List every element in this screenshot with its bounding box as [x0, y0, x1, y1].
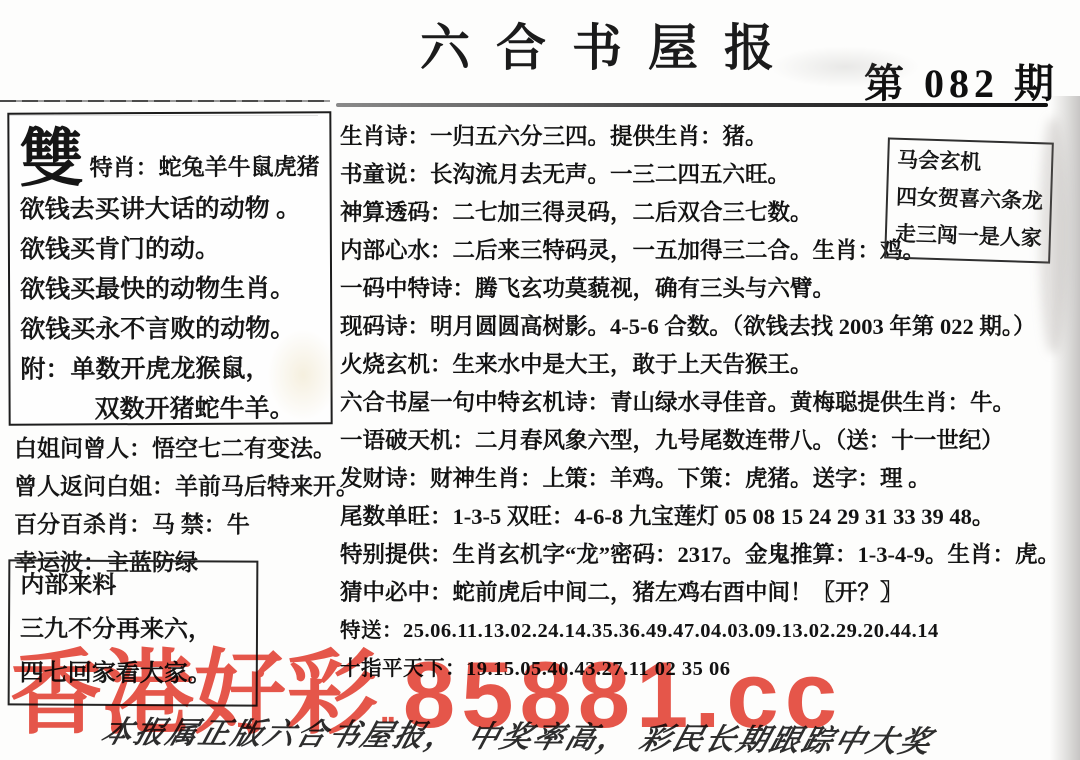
tip-line: 欲钱买最快的动物生肖。 — [20, 269, 322, 310]
mystery-box-line: 走三闯一是人家 — [894, 216, 1041, 258]
jockey-club-mystery-box: 马会玄机 四女贺喜六条龙 走三闯一是人家 — [884, 137, 1054, 263]
header-rule-left — [0, 100, 330, 102]
special-zodiac-line: 特肖：蛇兔羊牛鼠虎猪 — [89, 148, 319, 190]
mystery-box-line: 四女贺喜六条龙 — [895, 179, 1042, 221]
scan-edge-blotch — [1040, 118, 1066, 353]
header-rule-right — [336, 103, 1048, 107]
tip-line: 欲钱买肯门的动。 — [20, 229, 322, 270]
dialogue-line: 白姐问曾人：悟空七二有变法。 — [14, 430, 344, 468]
tip-line: 欲钱去买讲大话的动物 。 — [20, 189, 322, 230]
watermark-site: 85881.cc — [403, 652, 843, 738]
dialogue-line: 曾人返问白姐：羊前马后特来开。 — [14, 468, 344, 506]
scan-smudge — [268, 330, 338, 420]
scan-smudge — [770, 46, 920, 88]
watermark-separator: .. — [378, 694, 403, 738]
kill-zodiac-line: 百分百杀肖：马 禁：牛 — [14, 506, 344, 544]
special-offer-line: 特别提供：生肖玄机字“龙”密码：2317。金鬼推算：1-3-4-9。生肖：虎。 — [340, 536, 1080, 574]
page-title: 六合书屋报 — [420, 8, 800, 80]
double-character: 雙 — [19, 130, 83, 191]
mystery-box-title: 马会玄机 — [897, 142, 1044, 184]
guess-hit-line: 猜中必中：蛇前虎后中间二，猪左鸡右酉中间！〖开？〗 — [340, 574, 1080, 612]
tail-numbers-line: 尾数单旺：1-3-5 双旺：4-6-8 九宝莲灯 05 08 15 24 29 … — [340, 498, 1080, 536]
one-code-poem-line: 一码中特诗：腾飞玄功莫藐视，确有三头与六臂。 — [340, 270, 1080, 308]
one-sentence-mystery-line: 六合书屋一句中特玄机诗：青山绿水寻佳音。黄梅聪提供生肖：牛。 — [340, 384, 1080, 422]
watermark-brand: 香港好彩 — [10, 651, 378, 738]
fortune-poem-line: 发财诗：财神生肖：上策：羊鸡。下策：虎猪。送字：理 。 — [340, 460, 1080, 498]
secret-reveal-line: 一语破天机：二月春风象六型，九号尾数连带八。（送：十一世纪） — [340, 422, 1080, 460]
special-pick-header: 雙 特肖：蛇兔羊牛鼠虎猪 — [19, 117, 321, 190]
fire-mystery-line: 火烧玄机：生来水中是大王，敢于上天告猴王。 — [340, 346, 1080, 384]
current-code-poem-line: 现码诗：明月圆圆高树影。4-5-6 合数。（欲钱去找 2003 年第 022 期… — [340, 308, 1080, 346]
insider-title: 内部来料 — [20, 563, 246, 608]
watermark: 香港好彩 .. 85881.cc — [10, 651, 843, 738]
